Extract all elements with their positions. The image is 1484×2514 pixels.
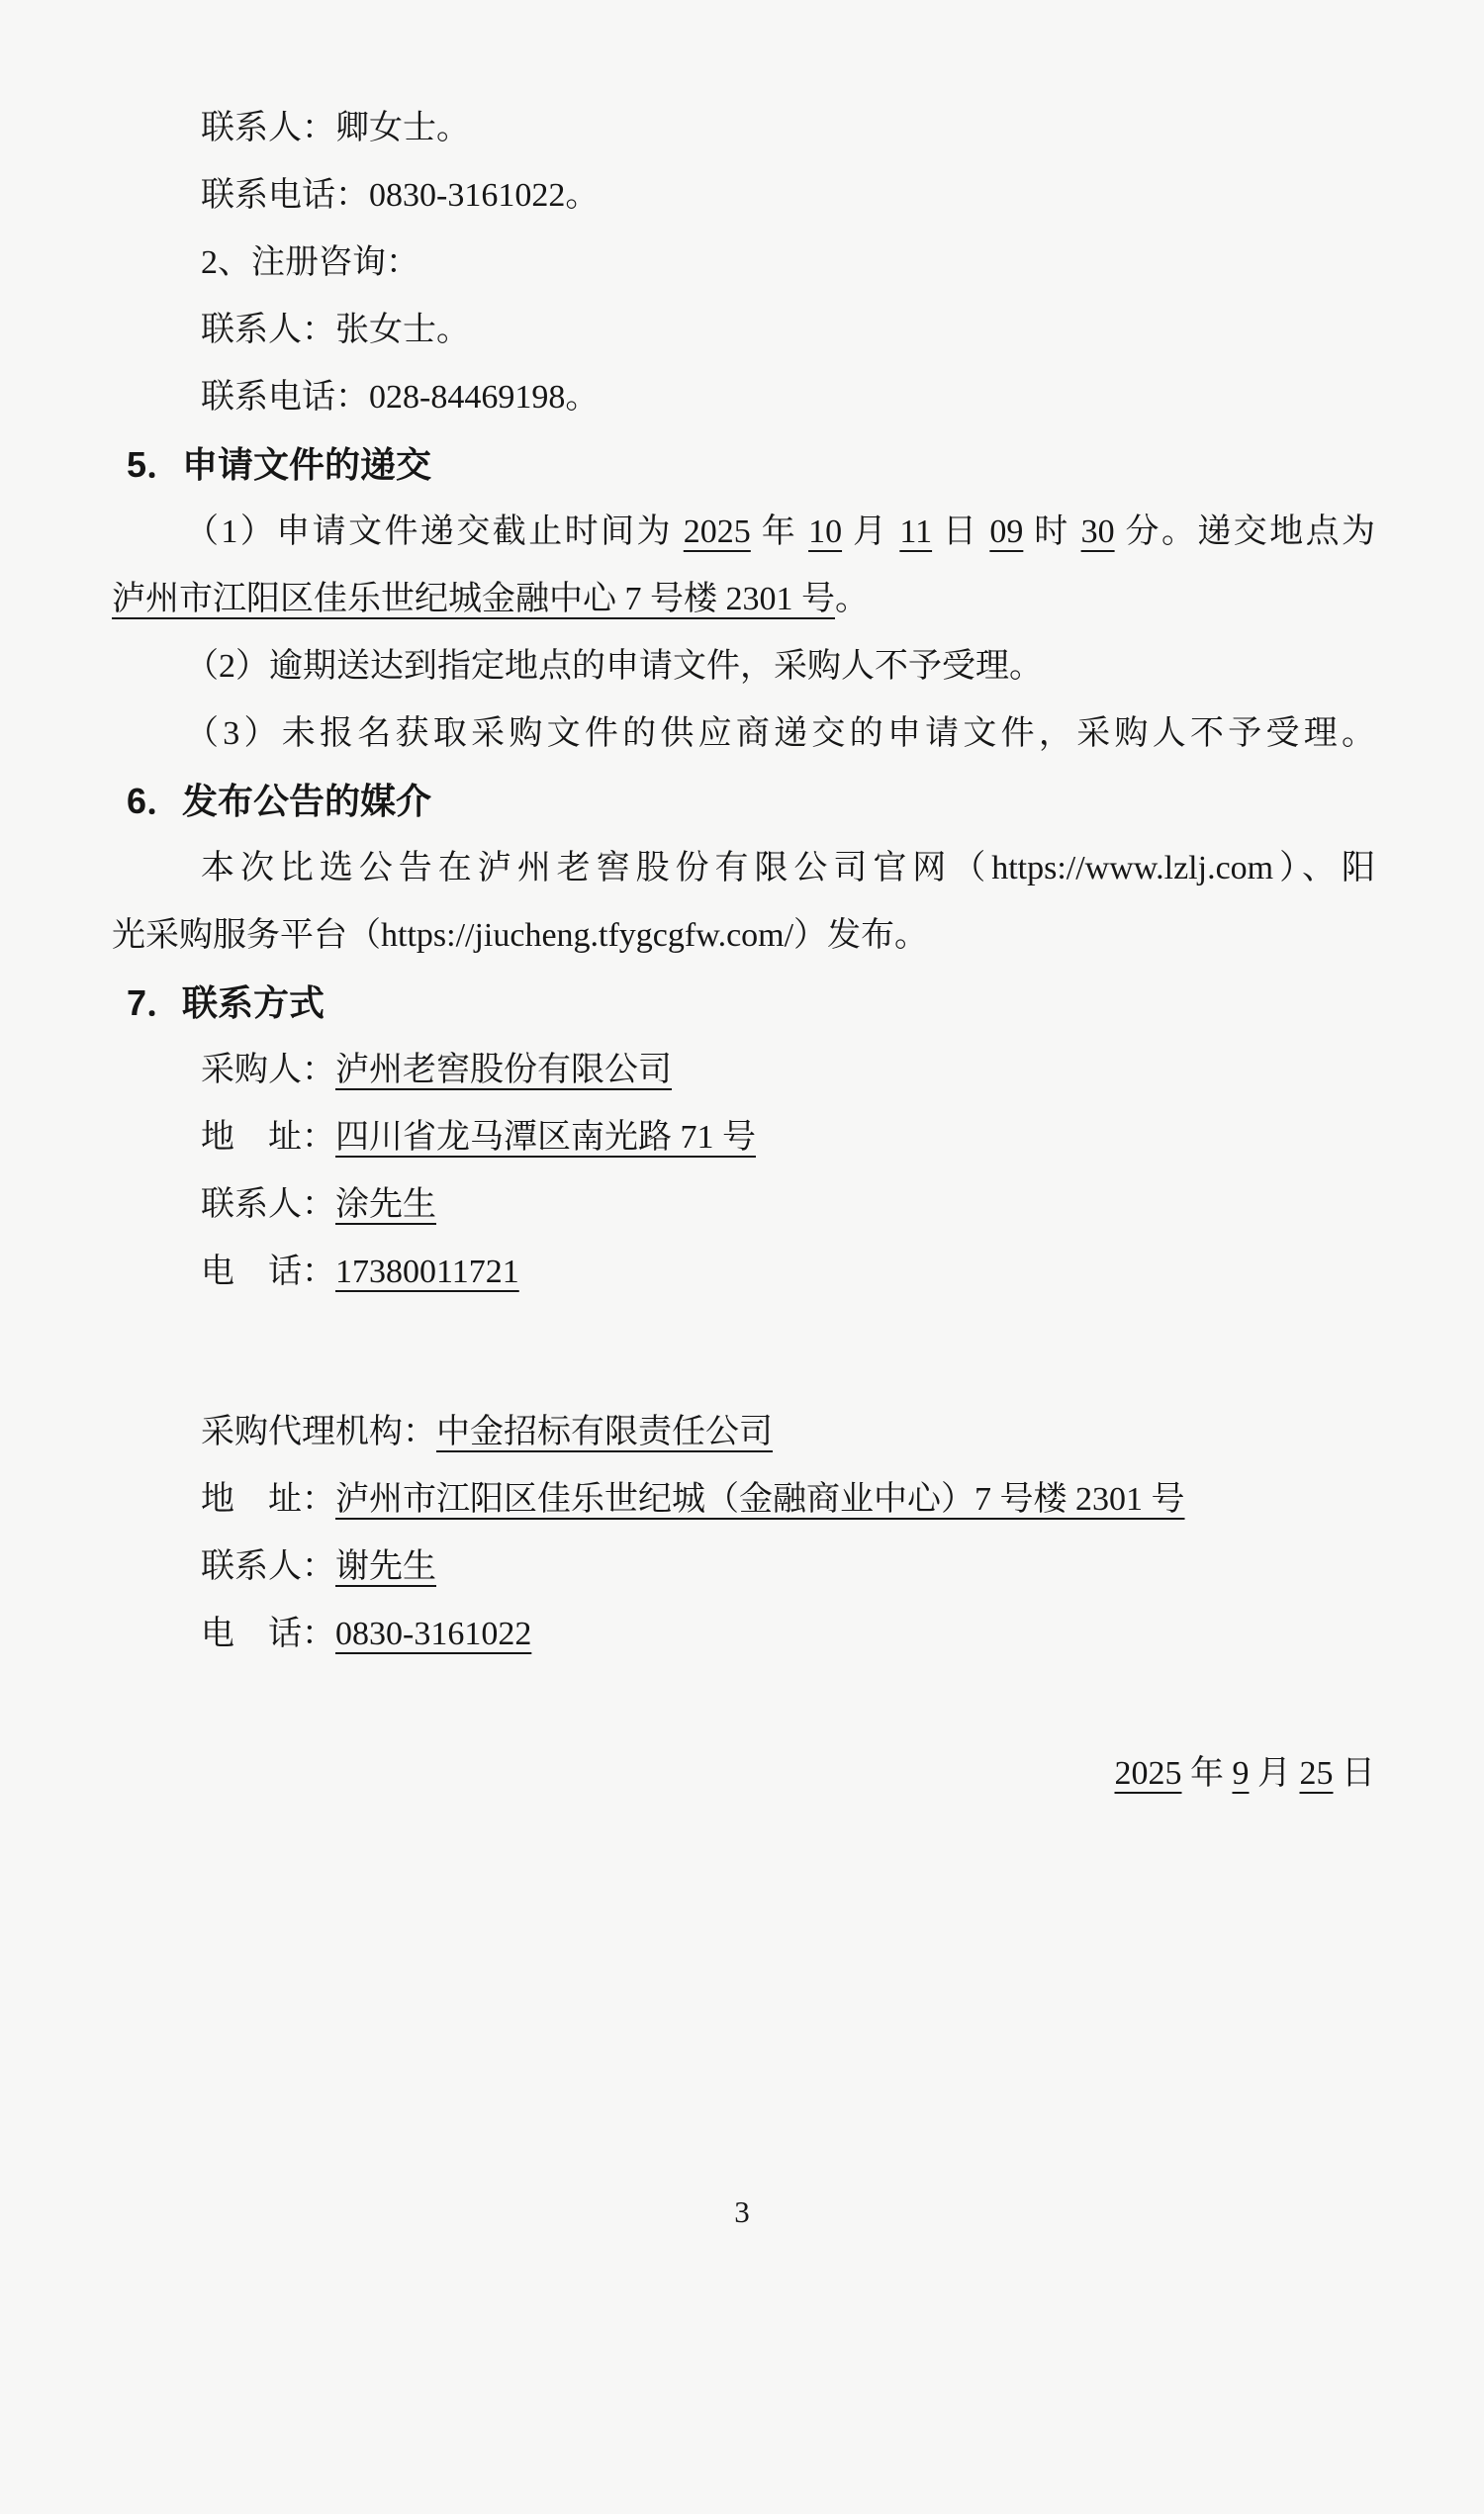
purchaser-contact-label: 联系人： — [201, 1186, 335, 1223]
deadline-hour-unit: 时 — [1023, 513, 1080, 550]
purchaser-address-value: 四川省龙马潭区南光路 71 号 — [335, 1119, 756, 1156]
registration-contact-name-2: 联系人：张女士。 — [112, 297, 1375, 364]
submission-address-period: 。 — [835, 581, 869, 617]
purchaser-contact-line: 联系人：涂先生 — [112, 1171, 1375, 1239]
deadline-text: （1）申请文件递交截止时间为 — [185, 513, 684, 550]
registration-contact-name-1: 联系人：卿女士。 — [112, 95, 1375, 162]
agency-contact-line: 联系人：谢先生 — [112, 1534, 1375, 1601]
agency-contact-value: 谢先生 — [335, 1548, 436, 1585]
date-spacer — [112, 1668, 1375, 1740]
deadline-minute: 30 — [1081, 513, 1115, 550]
document-page: 联系人：卿女士。 联系电话：0830-3161022。 2、注册咨询： 联系人：… — [0, 0, 1484, 2514]
agency-name: 中金招标有限责任公司 — [436, 1414, 773, 1450]
purchaser-phone-label: 电 话： — [201, 1254, 335, 1290]
registration-consult-label: 2、注册咨询： — [112, 230, 1375, 297]
purchaser-line: 采购人：泸州老窖股份有限公司 — [112, 1037, 1375, 1104]
purchaser-label: 采购人： — [201, 1052, 335, 1088]
announcement-date: 2025 年 9 月 25 日 — [112, 1740, 1375, 1808]
agency-contact-label: 联系人： — [201, 1548, 335, 1585]
submission-address-line: 泸州市江阳区佳乐世纪城金融中心 7 号楼 2301 号。 — [112, 566, 1375, 633]
registration-contact-phone-2: 联系电话：028-84469198。 — [112, 364, 1375, 431]
document-content: 联系人：卿女士。 联系电话：0830-3161022。 2、注册咨询： 联系人：… — [0, 0, 1484, 1808]
deadline-day-unit: 日 — [932, 513, 989, 550]
agency-phone-value: 0830-3161022 — [335, 1616, 531, 1652]
deadline-location-lead: 分。递交地点为 — [1115, 513, 1375, 550]
unregistered-supplier-clause: （3）未报名获取采购文件的供应商递交的申请文件，采购人不予受理。 — [112, 700, 1375, 768]
date-year: 2025 — [1115, 1755, 1182, 1792]
agency-address-value: 泸州市江阳区佳乐世纪城（金融商业中心）7 号楼 2301 号 — [335, 1481, 1185, 1518]
announcement-media-line-1: 本次比选公告在泸州老窖股份有限公司官网（https://www.lzlj.com… — [112, 835, 1375, 902]
date-day: 25 — [1300, 1755, 1334, 1792]
date-year-unit: 年 — [1182, 1755, 1233, 1792]
agency-phone-label: 电 话： — [201, 1616, 335, 1652]
section6-heading: 6．发布公告的媒介 — [112, 768, 1375, 835]
agency-label: 采购代理机构： — [201, 1414, 436, 1450]
agency-line: 采购代理机构：中金招标有限责任公司 — [112, 1399, 1375, 1466]
date-month-unit: 月 — [1250, 1755, 1300, 1792]
announcement-media-line-2: 光采购服务平台（https://jiucheng.tfygcgfw.com/）发… — [112, 902, 1375, 970]
deadline-day: 11 — [899, 513, 932, 550]
purchaser-name: 泸州老窖股份有限公司 — [335, 1052, 672, 1088]
late-submission-clause: （2）逾期送达到指定地点的申请文件，采购人不予受理。 — [112, 633, 1375, 700]
purchaser-phone-value: 17380011721 — [335, 1254, 519, 1290]
deadline-year-unit: 年 — [751, 513, 808, 550]
submission-deadline-paragraph: （1）申请文件递交截止时间为 2025 年 10 月 11 日 09 时 30 … — [112, 499, 1375, 566]
date-month: 9 — [1233, 1755, 1250, 1792]
section5-heading: 5．申请文件的递交 — [112, 431, 1375, 499]
agency-address-line: 地 址：泸州市江阳区佳乐世纪城（金融商业中心）7 号楼 2301 号 — [112, 1466, 1375, 1534]
purchaser-address-line: 地 址：四川省龙马潭区南光路 71 号 — [112, 1104, 1375, 1171]
deadline-month-unit: 月 — [842, 513, 899, 550]
purchaser-phone-line: 电 话：17380011721 — [112, 1239, 1375, 1306]
deadline-year: 2025 — [684, 513, 751, 550]
section7-heading: 7．联系方式 — [112, 970, 1375, 1037]
date-day-unit: 日 — [1334, 1755, 1376, 1792]
page-number: 3 — [0, 2192, 1484, 2232]
agency-address-label: 地 址： — [201, 1481, 335, 1518]
deadline-hour: 09 — [989, 513, 1023, 550]
deadline-month: 10 — [808, 513, 842, 550]
purchaser-address-label: 地 址： — [201, 1119, 335, 1156]
registration-contact-phone-1: 联系电话：0830-3161022。 — [112, 162, 1375, 230]
block-spacer — [112, 1306, 1375, 1399]
purchaser-contact-value: 涂先生 — [335, 1186, 436, 1223]
agency-phone-line: 电 话：0830-3161022 — [112, 1601, 1375, 1668]
submission-address: 泸州市江阳区佳乐世纪城金融中心 7 号楼 2301 号 — [112, 581, 835, 617]
